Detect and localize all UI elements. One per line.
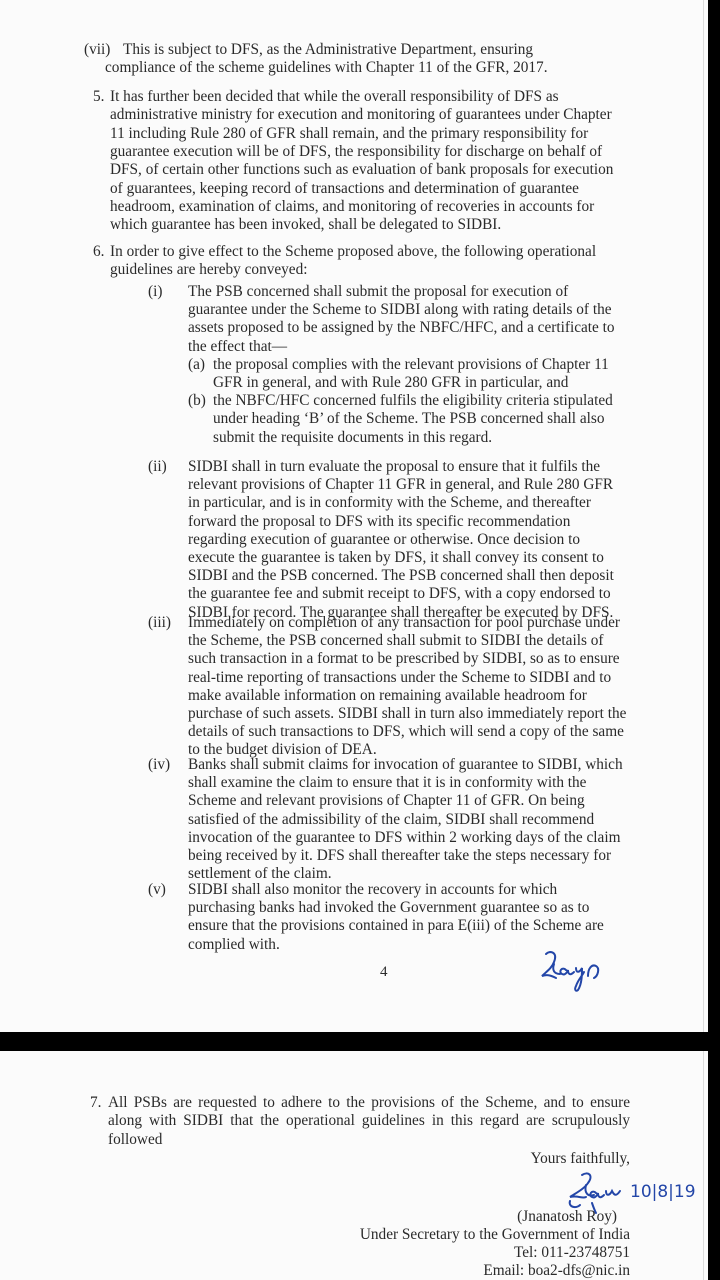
item-iii-line: such transaction in a format to be presc…: [188, 650, 458, 668]
item-iii-line: make available information on remaining …: [188, 687, 458, 705]
para-5-line: which guarantee has been invoked, shall …: [110, 216, 501, 234]
item-v-marker: (v): [148, 881, 166, 899]
item-v-line: purchasing banks had invoked the Governm…: [188, 899, 458, 917]
subitem-a-marker: (a): [188, 356, 205, 374]
item-ii-line: SIDBI and the PSB concerned. The PSB con…: [188, 567, 458, 585]
handwritten-date: 10|8|19: [630, 1182, 696, 1202]
item-iv-line: invocation of the guarantee to DFS withi…: [188, 829, 458, 847]
subitem-b-line: submit the requisite documents in this r…: [213, 429, 492, 447]
subitem-b-line: the NBFC/HFC concerned fulfils the eligi…: [213, 392, 458, 410]
para-7-number: 7.: [90, 1094, 101, 1112]
item-ii-line: in particular, and is in conformity with…: [188, 494, 458, 512]
item-ii-line: relevant provisions of Chapter 11 GFR in…: [188, 476, 458, 494]
item-ii-line: forward the proposal to DFS with its spe…: [188, 513, 458, 531]
item-vii-marker: (vii): [84, 41, 110, 59]
para-6-line: In order to give effect to the Scheme pr…: [110, 243, 458, 261]
para-5-line: 11 including Rule 280 of GFR shall remai…: [110, 125, 458, 143]
item-ii-marker: (ii): [148, 458, 167, 476]
subitem-b-marker: (b): [188, 392, 206, 410]
handwritten-signature-icon: [566, 1171, 626, 1215]
para-5-number: 5.: [93, 88, 104, 106]
signatory-name: (Jnanatosh Roy): [200, 1208, 617, 1226]
item-v-line: ensure that the provisions contained in …: [188, 917, 458, 935]
item-iii-line: Immediately on completion of any transac…: [188, 614, 458, 632]
para-5-line: DFS, of certain other functions such as …: [110, 161, 458, 179]
subitem-a-line: GFR in general, and with Rule 280 GFR in…: [213, 374, 568, 392]
handwritten-initials-icon: [540, 948, 610, 996]
subitem-a-line: the proposal complies with the relevant …: [213, 356, 458, 374]
item-ii-line: regarding execution of guarantee or othe…: [188, 531, 458, 549]
item-i-line: assets proposed to be assigned by the NB…: [188, 319, 458, 337]
item-i-line: the effect that—: [188, 338, 287, 356]
document-page-5: 7.All PSBs are requested to adhere to th…: [0, 1051, 708, 1280]
item-iv-line: being received by it. DFS shall thereaft…: [188, 847, 458, 865]
item-iv-marker: (iv): [148, 756, 170, 774]
closing: Yours faithfully,: [200, 1150, 630, 1168]
para-5-line: guarantee execution will be of DFS, the …: [110, 143, 458, 161]
item-iii-line: purchase of such assets. SIDBI shall in …: [188, 705, 458, 723]
item-iii-line: real-time reporting of transactions unde…: [188, 669, 458, 687]
para-5-line: It has further been decided that while t…: [110, 88, 458, 106]
item-iii-line: the Scheme, the PSB concerned shall subm…: [188, 632, 458, 650]
item-ii-line: SIDBI shall in turn evaluate the proposa…: [188, 458, 458, 476]
signatory-tel: Tel: 011-23748751: [200, 1244, 630, 1262]
item-iv-line: shall examine the claim to ensure that i…: [188, 774, 458, 792]
para-7-line: All PSBs are requested to adhere to the …: [108, 1094, 630, 1112]
item-ii-line: the guarantee fee and submit receipt to …: [188, 585, 458, 603]
para-7-line: along with SIDBI that the operational gu…: [108, 1112, 630, 1130]
item-iv-line: Banks shall submit claims for invocation…: [188, 756, 458, 774]
item-vii-line: compliance of the scheme guidelines with…: [105, 59, 548, 77]
item-iii-line: details of such transactions to DFS, whi…: [188, 723, 458, 741]
item-v-line: complied with.: [188, 936, 280, 954]
item-iv-line: satisfied of the admissibility of the cl…: [188, 811, 458, 829]
item-ii-line: execute the guarantee is taken by DFS, i…: [188, 549, 458, 567]
page-number: 4: [380, 964, 388, 981]
item-vii-line: This is subject to DFS, as the Administr…: [123, 41, 533, 59]
para-5-line: administrative ministry for execution an…: [110, 106, 458, 124]
item-v-line: SIDBI shall also monitor the recovery in…: [188, 881, 458, 899]
item-iii-marker: (iii): [148, 614, 171, 632]
item-iv-line: Scheme and relevant provisions of Chapte…: [188, 792, 458, 810]
para-5-line: of guarantees, keeping record of transac…: [110, 180, 458, 198]
item-i-marker: (i): [148, 283, 162, 301]
signatory-email: Email: boa2-dfs@nic.in: [200, 1262, 630, 1280]
para-6-number: 6.: [93, 243, 104, 261]
para-5-line: headroom, examination of claims, and mon…: [110, 198, 458, 216]
item-i-line: The PSB concerned shall submit the propo…: [188, 283, 458, 301]
document-page-4: (vii)This is subject to DFS, as the Admi…: [0, 0, 708, 1032]
para-6-line: guidelines are hereby conveyed:: [110, 261, 308, 279]
signatory-designation: Under Secretary to the Government of Ind…: [200, 1226, 630, 1244]
item-i-line: guarantee under the Scheme to SIDBI alon…: [188, 301, 458, 319]
para-7-line: followed: [108, 1131, 162, 1149]
subitem-b-line: under heading ‘B’ of the Scheme. The PSB…: [213, 410, 458, 428]
